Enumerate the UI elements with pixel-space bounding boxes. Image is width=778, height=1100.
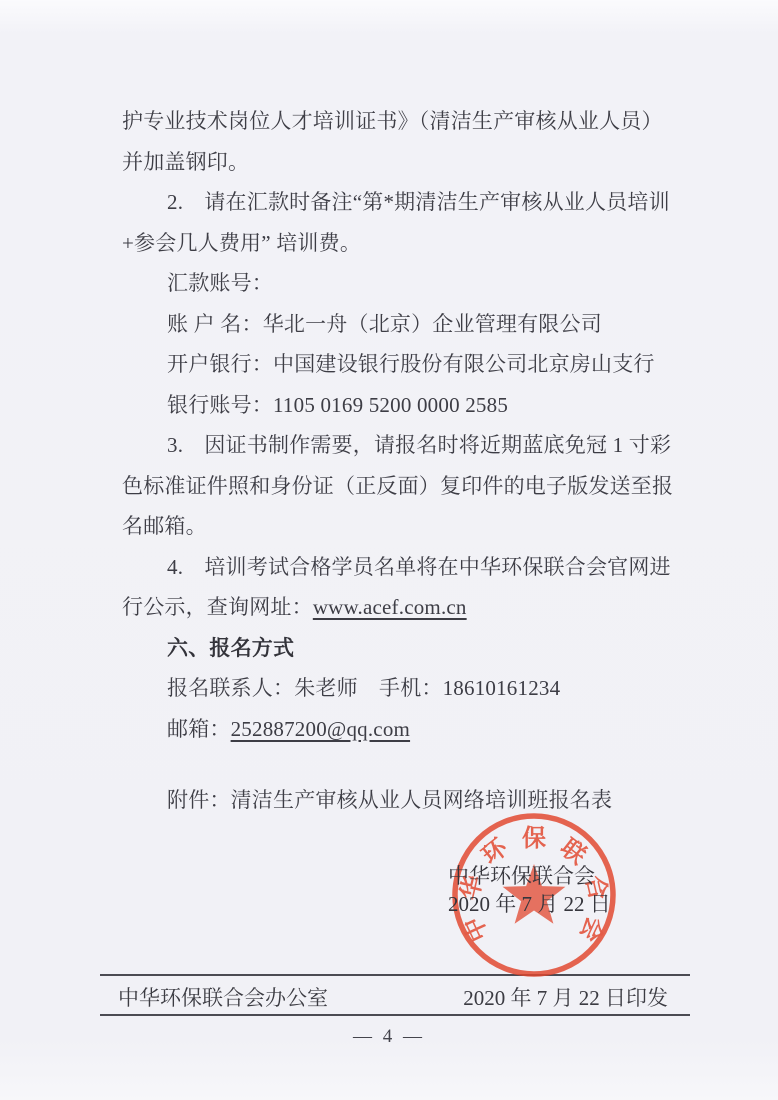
- bank-account-line: 银行账号：1105 0169 5200 0000 2585: [122, 385, 688, 426]
- body-line: 行公示，查询网址：www.acef.com.cn: [122, 587, 688, 628]
- website-label: 行公示，查询网址：: [122, 595, 313, 619]
- body-line: 开户银行：中国建设银行股份有限公司北京房山支行: [122, 344, 688, 385]
- page-number: — 4 —: [0, 1026, 778, 1048]
- contact-line: 报名联系人：朱老师 手机：18610161234: [122, 668, 688, 709]
- email-link[interactable]: 252887200@qq.com: [231, 717, 410, 741]
- email-label: 邮箱：: [167, 717, 231, 741]
- document-page: 护专业技术岗位人才培训证书》（清洁生产审核从业人员） 并加盖钢印。 2. 请在汇…: [0, 0, 778, 1100]
- website-link[interactable]: www.acef.com.cn: [313, 595, 467, 619]
- body-line: 2. 请在汇款时备注“第*期清洁生产审核从业人员培训: [122, 182, 688, 223]
- body-line: 名邮箱。: [122, 506, 688, 547]
- blank-gap: [122, 749, 688, 780]
- body-line: 4. 培训考试合格学员名单将在中华环保联合会官网进: [122, 547, 688, 588]
- body-line: 账 户 名：华北一舟（北京）企业管理有限公司: [122, 304, 688, 345]
- signature-date: 2020 年 7 月 22 日: [448, 890, 611, 918]
- signature-org: 中华环保联合会: [448, 862, 611, 890]
- document-body: 护专业技术岗位人才培训证书》（清洁生产审核从业人员） 并加盖钢印。 2. 请在汇…: [122, 101, 688, 821]
- body-line: 护专业技术岗位人才培训证书》（清洁生产审核从业人员）: [122, 101, 688, 142]
- footer: 中华环保联合会办公室 2020 年 7 月 22 日印发: [118, 982, 668, 1012]
- body-line: +参会几人费用” 培训费。: [122, 223, 688, 264]
- seal-arc-char: 保: [522, 824, 546, 852]
- footer-office: 中华环保联合会办公室: [118, 982, 328, 1012]
- footer-divider-bottom: [100, 1014, 690, 1016]
- body-line: 3. 因证书制作需要，请报名时将近期蓝底免冠 1 寸彩: [122, 425, 688, 466]
- section-heading: 六、报名方式: [122, 628, 688, 669]
- body-line: 汇款账号：: [122, 263, 688, 304]
- footer-issue-date: 2020 年 7 月 22 日印发: [463, 982, 668, 1012]
- body-line: 并加盖钢印。: [122, 142, 688, 183]
- email-line: 邮箱：252887200@qq.com: [122, 709, 688, 750]
- body-line: 色标准证件照和身份证（正反面）复印件的电子版发送至报: [122, 466, 688, 507]
- signature-block: 中华环保联合会 2020 年 7 月 22 日: [448, 862, 611, 918]
